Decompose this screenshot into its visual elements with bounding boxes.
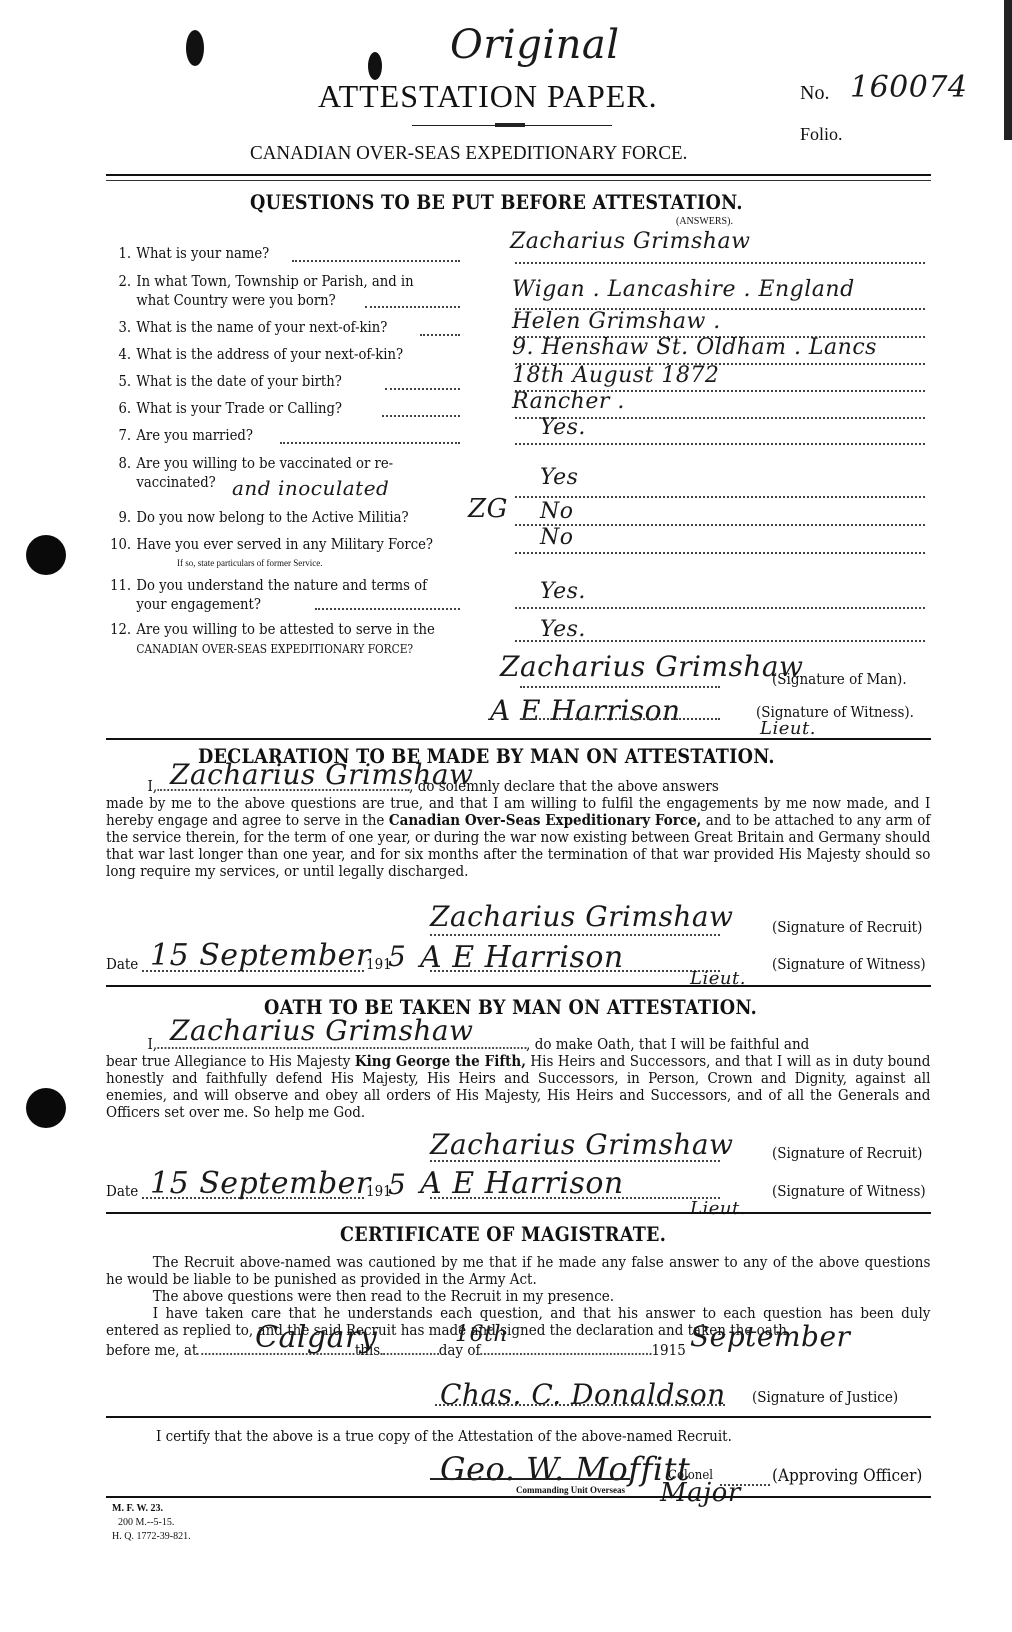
answer-trade: Rancher . bbox=[512, 390, 625, 414]
question-3: 3.What is the name of your next-of-kin? bbox=[110, 318, 387, 337]
magistrate-p1: The Recruit above-named was cautioned by… bbox=[106, 1254, 930, 1288]
rank-written: Major bbox=[660, 1478, 741, 1508]
declaration-date-label: Date bbox=[106, 955, 138, 973]
section-rule bbox=[106, 985, 931, 987]
answer-married: Yes. bbox=[540, 416, 586, 440]
answer-name: Zacharius Grimshaw bbox=[510, 230, 750, 254]
punch-hole-top bbox=[26, 535, 66, 575]
commanding-label: Commanding Unit Overseas bbox=[516, 1485, 625, 1495]
declaration-body: made by me to the above questions are tr… bbox=[106, 795, 930, 880]
oath-date-label: Date bbox=[106, 1182, 138, 1200]
question-1: 1.What is your name? bbox=[110, 244, 269, 263]
approving-officer-label: (Approving Officer) bbox=[772, 1466, 922, 1486]
approving-officer-signature: Geo. W. Moffitt bbox=[440, 1450, 690, 1488]
question-6: 6.What is your Trade or Calling? bbox=[110, 399, 342, 418]
oath-name: Zacharius Grimshaw bbox=[170, 1014, 474, 1047]
answer-understand-terms: Yes. bbox=[540, 580, 586, 604]
oath-body: bear true Allegiance to His Majesty King… bbox=[106, 1053, 930, 1121]
oath-witness-rank: Lieut. bbox=[690, 1198, 746, 1219]
magistrate-place: Calgary bbox=[255, 1320, 377, 1355]
header-rule-top bbox=[106, 174, 931, 176]
document-title: ATTESTATION PAPER. bbox=[318, 78, 658, 115]
magistrate-p2: The above questions were then read to th… bbox=[106, 1288, 930, 1305]
question-12: 12.Are you willing to be attested to ser… bbox=[110, 620, 435, 659]
section-rule bbox=[106, 1416, 931, 1418]
regimental-number: 160074 bbox=[850, 70, 968, 105]
answer-militia: No bbox=[540, 500, 574, 524]
oath-signature-recruit: Zacharius Grimshaw bbox=[430, 1128, 734, 1161]
signature-justice: Chas. C. Donaldson bbox=[440, 1378, 726, 1411]
edge-shadow bbox=[1004, 0, 1012, 140]
answer-birth-date: 18th August 1872 bbox=[512, 364, 719, 388]
section-rule bbox=[106, 1212, 931, 1214]
magistrate-month: September bbox=[690, 1320, 850, 1353]
initials: ZG bbox=[468, 494, 508, 524]
question-5: 5.What is the date of your birth? bbox=[110, 372, 342, 391]
oath-date: 15 September bbox=[150, 1166, 371, 1201]
signature-witness: A E Harrison bbox=[490, 694, 681, 727]
punch-hole-bottom bbox=[26, 1088, 66, 1128]
question-9: 9.Do you now belong to the Active Militi… bbox=[110, 508, 409, 527]
magistrate-day: 16th bbox=[455, 1322, 508, 1347]
oath-signature-witness: A E Harrison bbox=[420, 1166, 624, 1201]
question-4: 4.What is the address of your next-of-ki… bbox=[110, 345, 403, 364]
section-rule bbox=[106, 738, 931, 740]
question-10: 10.Have you ever served in any Military … bbox=[110, 535, 433, 554]
declaration-signature-recruit: Zacharius Grimshaw bbox=[430, 900, 734, 933]
declaration-year-suffix: 5 bbox=[388, 940, 406, 973]
question-7: 7.Are you married? bbox=[110, 426, 253, 445]
answer-next-of-kin-address: 9. Henshaw St. Oldham . Lancs bbox=[512, 336, 877, 360]
oath-signature-recruit-label: (Signature of Recruit) bbox=[772, 1144, 922, 1162]
answers-label: (ANSWERS). bbox=[676, 216, 733, 227]
answer-vaccinated: Yes bbox=[540, 466, 578, 490]
oath-year-suffix: 5 bbox=[388, 1168, 406, 1201]
answer-birthplace: Wigan . Lancashire . England bbox=[512, 278, 855, 302]
ink-blot bbox=[186, 30, 204, 66]
declaration-signature-witness-label: (Signature of Witness) bbox=[772, 955, 926, 973]
magistrate-heading: CERTIFICATE OF MAGISTRATE. bbox=[340, 1222, 666, 1246]
signature-man-label: (Signature of Man). bbox=[772, 670, 907, 688]
ink-blot bbox=[368, 52, 382, 80]
question-2: 2.In what Town, Township or Parish, and … bbox=[110, 272, 414, 310]
answer-military-service: No bbox=[540, 526, 574, 550]
form-code: M. F. W. 23. 200 M.--5-15. H. Q. 1772-39… bbox=[112, 1502, 191, 1544]
declaration-name: Zacharius Grimshaw bbox=[170, 758, 474, 791]
folio-label: Folio. bbox=[800, 124, 843, 145]
questions-heading: QUESTIONS TO BE PUT BEFORE ATTESTATION. bbox=[250, 190, 743, 214]
original-stamp: Original bbox=[450, 22, 620, 68]
question-10-note: If so, state particulars of former Servi… bbox=[177, 558, 322, 568]
number-label: No. bbox=[800, 82, 829, 105]
note-inoculated: and inoculated bbox=[232, 476, 389, 500]
force-subtitle: CANADIAN OVER-SEAS EXPEDITIONARY FORCE. bbox=[250, 142, 687, 165]
header-rule-bottom bbox=[106, 180, 931, 181]
answer-willing-to-serve: Yes. bbox=[540, 618, 586, 642]
answer-next-of-kin: Helen Grimshaw . bbox=[512, 310, 721, 334]
declaration-signature-recruit-label: (Signature of Recruit) bbox=[772, 918, 922, 936]
section-rule bbox=[106, 1496, 931, 1498]
struck-line bbox=[430, 1478, 630, 1480]
oath-signature-witness-label: (Signature of Witness) bbox=[772, 1182, 926, 1200]
declaration-date: 15 September bbox=[150, 938, 371, 973]
signature-man: Zacharius Grimshaw bbox=[500, 650, 804, 683]
signature-justice-label: (Signature of Justice) bbox=[752, 1388, 898, 1406]
title-ornament-center bbox=[495, 123, 525, 127]
certification-text: I certify that the above is a true copy … bbox=[156, 1428, 966, 1445]
witness-rank: Lieut. bbox=[760, 718, 816, 739]
